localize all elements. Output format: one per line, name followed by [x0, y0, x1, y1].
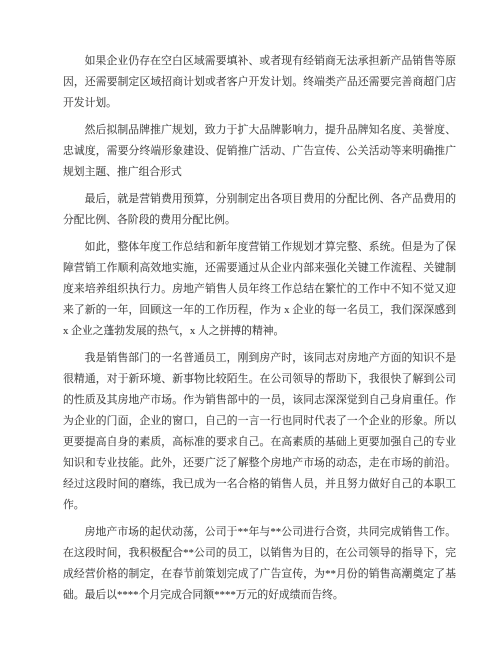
- document-page: 如果企业仍存在空白区域需要填补、或者现有经销商无法承担新产品销售等原因，还需要制…: [0, 0, 500, 647]
- paragraph-2: 然后拟制品牌推广规划，致力于扩大品牌影响力，提升品牌知名度、美誉度、忠诚度，需要…: [63, 120, 456, 183]
- paragraph-3: 最后，就是营销费用预算，分别制定出各项目费用的分配比例、各产品费用的分配比例、各…: [63, 189, 456, 231]
- document-body: 如果企业仍存在空白区域需要填补、或者现有经销商无法承担新产品销售等原因，还需要制…: [63, 51, 456, 612]
- paragraph-6: 房地产市场的起伏动荡，公司于**年与**公司进行合资，共同完成销售工作。在这段时…: [63, 522, 456, 606]
- paragraph-4: 如此，整体年度工作总结和新年度营销工作规划才算完整、系统。但是为了保障营销工作顺…: [63, 237, 456, 342]
- paragraph-5: 我是销售部门的一名普通员工，刚到房产时，该同志对房地产方面的知识不是很精通，对于…: [63, 348, 456, 516]
- paragraph-1: 如果企业仍存在空白区域需要填补、或者现有经销商无法承担新产品销售等原因，还需要制…: [63, 51, 456, 114]
